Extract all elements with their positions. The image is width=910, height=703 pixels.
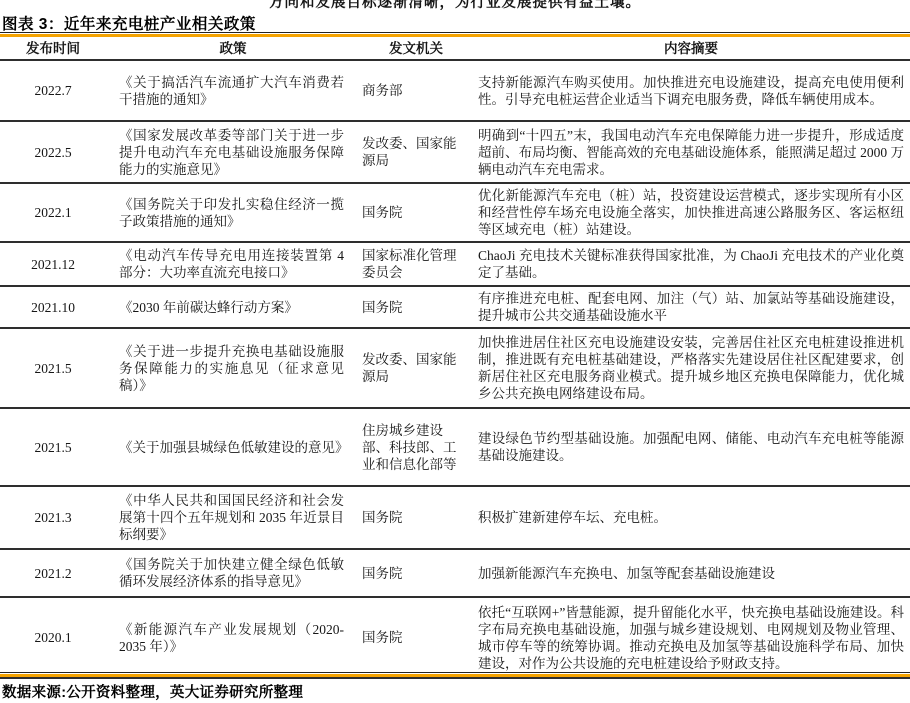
table-row: 2021.2 《国务院关于加快建立健全绿色低敏循环发展经济体系的指导意见》 国务… (0, 550, 910, 598)
clipped-paragraph-text: 方向和发展目标逐渐清晰，为行业发展提供有益土壤。 (0, 0, 910, 10)
cell-content-summary: 优化新能源汽车充电（桩）站，投资建设运营模式，逐步实现所有小区和经营性停车场充电… (472, 184, 910, 241)
report-page: 方向和发展目标逐渐清晰，为行业发展提供有益土壤。 图表 3：近年来充电桩产业相关… (0, 0, 910, 703)
table-row: 2020.1 《新能源汽车产业发展规划（2020-2035 年）》 国务院 依托… (0, 598, 910, 679)
cell-publish-date: 2022.7 (0, 61, 106, 120)
cell-policy-title: 《关于搞活汽车流通扩大汽车消费若干措施的通知》 (106, 61, 360, 120)
table-row: 2021.12 《电动汽车传导充电用连接装置第 4 部分：大功率直流充电接口》 … (0, 243, 910, 287)
cell-policy-title: 《关于加强县城绿色低敏建设的意见》 (106, 409, 360, 485)
cell-policy-title: 《关于进一步提升充换电基础设施服务保障能力的实施息见（征求意见稿）》 (106, 329, 360, 407)
cell-issuing-agency: 国务院 (360, 598, 472, 677)
table-row: 2021.3 《中华人民共和国国民经济和社会发展第十四个五年规划和 2035 年… (0, 487, 910, 550)
cell-publish-date: 2021.5 (0, 329, 106, 407)
header-issuing-agency: 发文机关 (360, 39, 472, 59)
header-publish-date: 发布时间 (0, 39, 106, 59)
cell-content-summary: 加强新能源汽车充换电、加氢等配套基础设施建设 (472, 550, 910, 596)
title-divider-gold-bar (0, 34, 910, 37)
table-row: 2021.5 《关于加强县城绿色低敏建设的意见》 住房城乡建设部、科技郎、工业和… (0, 409, 910, 487)
cell-publish-date: 2021.5 (0, 409, 106, 485)
cell-content-summary: 建设绿色节约型基础设施。加强配电网、储能、电动汽车充电桩等能源基础设施建设。 (472, 409, 910, 485)
cell-issuing-agency: 国务院 (360, 550, 472, 596)
cell-policy-title: 《2030 年前碳达蜂行动方案》 (106, 287, 360, 327)
footer-divider-gold-bar (0, 674, 910, 677)
header-content-summary: 内容摘要 (472, 39, 910, 59)
table-header-row: 发布时间 政策 发文机关 内容摘要 (0, 39, 910, 61)
cell-publish-date: 2022.1 (0, 184, 106, 241)
cell-content-summary: 有序推进充电桩、配套电网、加注（气）站、加氯站等基础设施建设，提升城市公共交通基… (472, 287, 910, 327)
cell-issuing-agency: 国务院 (360, 487, 472, 548)
cell-issuing-agency: 国家标准化管理委员会 (360, 243, 472, 285)
cell-issuing-agency: 商务部 (360, 61, 472, 120)
cell-content-summary: 明确到“十四五”末，我国电动汽车充电保障能力进一步提升，形成适度超前、布局均衡、… (472, 122, 910, 182)
cell-content-summary: ChaoJi 充电技术关键标准获得国家批准，为 ChaoJi 充电技术的产业化奠… (472, 243, 910, 285)
cell-content-summary: 支持新能源汽车购买使用。加快推进充电设施建设，提高充电使用便利性。引导充电桩运营… (472, 61, 910, 120)
cell-policy-title: 《国务院关于加快建立健全绿色低敏循环发展经济体系的指导意见》 (106, 550, 360, 596)
table-row: 2022.5 《国家发展改革委等部门关于进一步提升电动汽车充电基础设施服务保障能… (0, 122, 910, 184)
cell-issuing-agency: 发改委、国家能源局 (360, 329, 472, 407)
cell-policy-title: 《中华人民共和国国民经济和社会发展第十四个五年规划和 2035 年近景目标纲要》 (106, 487, 360, 548)
cell-policy-title: 《电动汽车传导充电用连接装置第 4 部分：大功率直流充电接口》 (106, 243, 360, 285)
cell-publish-date: 2021.10 (0, 287, 106, 327)
cell-issuing-agency: 国务院 (360, 287, 472, 327)
cell-issuing-agency: 发改委、国家能源局 (360, 122, 472, 182)
cell-policy-title: 《国家发展改革委等部门关于进一步提升电动汽车充电基础设施服务保障能力的实施意见》 (106, 122, 360, 182)
header-policy: 政策 (106, 39, 360, 59)
cell-issuing-agency: 国务院 (360, 184, 472, 241)
table-row: 2022.7 《关于搞活汽车流通扩大汽车消费若干措施的通知》 商务部 支持新能源… (0, 61, 910, 122)
footer-divider (0, 672, 910, 677)
cell-content-summary: 积极扩建新建停车坛、充电桩。 (472, 487, 910, 548)
data-source-note: 数据来源:公开资料整理，英大证券研究所整理 (2, 681, 303, 702)
table-row: 2021.5 《关于进一步提升充换电基础设施服务保障能力的实施息见（征求意见稿）… (0, 329, 910, 409)
figure-title: 图表 3：近年来充电桩产业相关政策 (2, 12, 256, 34)
table-row: 2022.1 《国务院关于印发扎实稳住经济一揽子政策措施的通知》 国务院 优化新… (0, 184, 910, 243)
clipped-paragraph: 方向和发展目标逐渐清晰，为行业发展提供有益土壤。 (0, 0, 910, 10)
title-divider (0, 32, 910, 37)
cell-policy-title: 《国务院关于印发扎实稳住经济一揽子政策措施的通知》 (106, 184, 360, 241)
cell-issuing-agency: 住房城乡建设部、科技郎、工业和信息化部等 (360, 409, 472, 485)
cell-publish-date: 2020.1 (0, 598, 106, 677)
cell-policy-title: 《新能源汽车产业发展规划（2020-2035 年）》 (106, 598, 360, 677)
cell-content-summary: 依托“互联网+”皆慧能源，提升留能化水平，快充换电基础设施建设。科字布局充换电基… (472, 598, 910, 677)
cell-publish-date: 2021.2 (0, 550, 106, 596)
table-body: 2022.7 《关于搞活汽车流通扩大汽车消费若干措施的通知》 商务部 支持新能源… (0, 61, 910, 679)
policy-table: 发布时间 政策 发文机关 内容摘要 2022.7 《关于搞活汽车流通扩大汽车消费… (0, 39, 910, 679)
cell-publish-date: 2021.3 (0, 487, 106, 548)
cell-publish-date: 2021.12 (0, 243, 106, 285)
cell-content-summary: 加快推进居住社区充电设施建设安装，完善居住社区充电桩建设推进机制，推进既有充电桩… (472, 329, 910, 407)
cell-publish-date: 2022.5 (0, 122, 106, 182)
table-row: 2021.10 《2030 年前碳达蜂行动方案》 国务院 有序推进充电桩、配套电… (0, 287, 910, 329)
